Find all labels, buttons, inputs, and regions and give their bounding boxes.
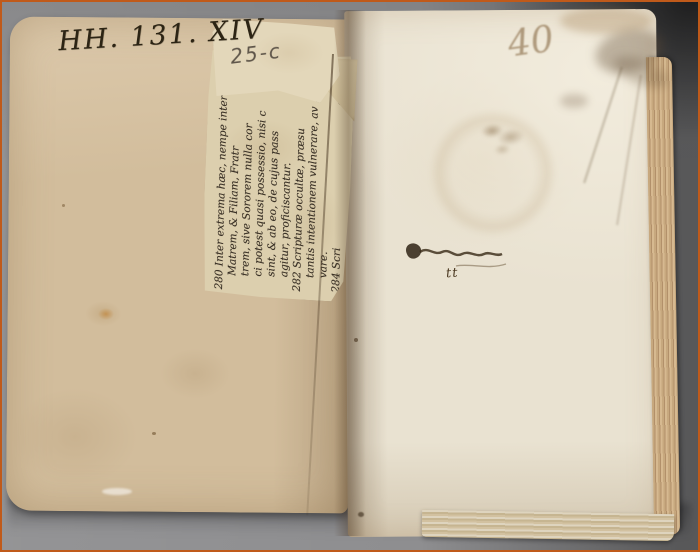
speck	[152, 432, 156, 435]
book-photo: 280 Inter extrema hæc, nempe inter Matre…	[0, 0, 700, 552]
speck	[358, 512, 364, 517]
gutter-shadow	[334, 10, 366, 536]
stain	[98, 308, 114, 320]
speck	[354, 338, 358, 342]
stain	[560, 8, 652, 34]
water-stain	[418, 98, 568, 248]
page-block-bottom-edge	[422, 510, 674, 541]
paper-scratch	[102, 488, 132, 495]
ownership-mark: tt	[445, 266, 458, 282]
speck	[62, 204, 65, 207]
price-inscription: 40	[505, 19, 556, 66]
plant-shadow	[560, 94, 588, 108]
